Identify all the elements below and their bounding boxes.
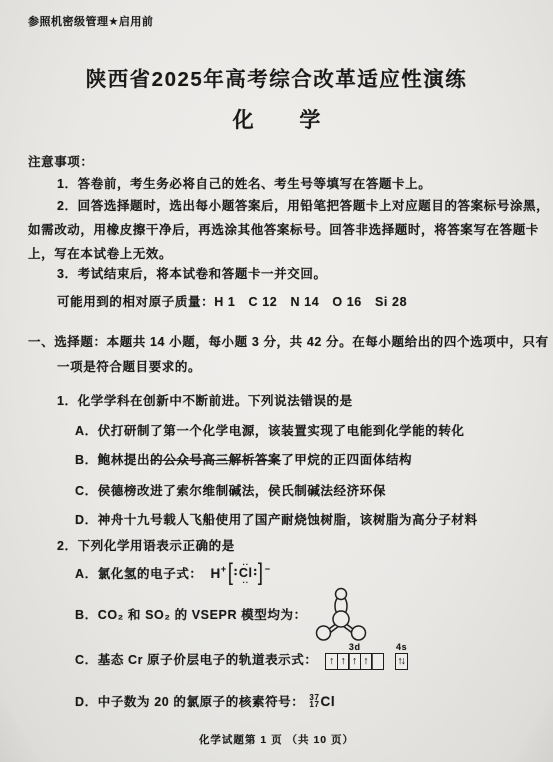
notice-item-2-line-3: 上，写在本试卷上无效。 [28,244,172,262]
vsepr-model-icon [315,586,367,642]
3d-boxes: ↑ ↑ ↑ ↑ [325,653,384,670]
option-b-suffix: 了甲烷的正四面体结构 [281,453,412,467]
4s-box: ↑↓ [395,653,408,670]
notice-item-2-line-1: 2．回答选择题时，选出每小题答案后，用铅笔把答题卡上对应题目的答案标号涂黑， [57,196,549,214]
atomic-masses-line: 可能用到的相对原子质量：H 1 C 12 N 14 O 16 Si 28 [57,292,407,310]
question-2-option-d: D．中子数为 20 的氯原子的核素符号： 37 17 Cl [75,690,335,712]
option-c-label: C．基态 Cr 原子价层电子的轨道表示式： [75,650,317,670]
bottom-lone-pair-dots: ∙∙ [243,580,249,585]
option-b-struck-watermark: 的公众号高三解析答案 [150,453,281,467]
question-1-option-b: B．鲍林提出的公众号高三解析答案了甲烷的正四面体结构 [75,450,412,468]
notice-item-3: 3．考试结束后，将本试卷和答题卡一并交回。 [57,264,327,282]
orbital-diagram: 3d ↑ ↑ ↑ ↑ 4s ↑↓ [325,642,408,670]
section-one-line-1: 一、选择题：本题共 14 小题，每小题 3 分，共 42 分。在每小题给出的四个… [28,332,549,350]
chlorine-dot-stack: ∙∙ ∶ Cl ∶ ∙∙ [233,562,258,585]
left-lone-pair-dots: ∶ [234,567,238,580]
nuclide-symbol: 37 17 Cl [309,694,335,709]
notice-heading: 注意事项： [28,152,94,170]
question-1-stem: 1．化学学科在创新中不断前进。下列说法错误的是 [57,391,353,409]
4s-orbital-group: 4s ↑↓ [395,642,408,670]
nuclide-numbers: 37 17 [309,694,319,709]
question-1-option-c: C．侯德榜改进了索尔维制碱法，侯氏制碱法经济环保 [75,481,386,499]
hydrogen-symbol: H [211,566,221,581]
3d-label: 3d [349,642,361,652]
option-b-label: B．CO₂ 和 SO₂ 的 VSEPR 模型均为： [75,605,307,623]
question-2-option-b: B．CO₂ 和 SO₂ 的 VSEPR 模型均为： [75,586,367,642]
4s-boxes: ↑↓ [395,653,408,670]
anion-charge: − [265,564,271,574]
notice-item-1: 1．答卷前，考生务必将自己的姓名、考生号等填写在答题卡上。 [57,174,431,192]
3d-orbital-group: 3d ↑ ↑ ↑ ↑ [325,642,384,670]
3d-box-5 [371,653,384,670]
question-2-option-a: A．氯化氢的电子式： H+ [ ∙∙ ∶ Cl ∶ ∙∙ ] − [75,556,271,590]
4s-label: 4s [396,642,407,652]
proton-number: 17 [309,701,319,709]
electron-dot-formula: H+ [ ∙∙ ∶ Cl ∶ ∙∙ ] − [211,562,271,585]
page-footer: 化学试题第 1 页 （共 10 页） [0,732,553,747]
question-1-option-d: D．神舟十九号载人飞船使用了国产耐烧蚀树脂，该树脂为高分子材料 [75,510,478,528]
question-2-option-c: C．基态 Cr 原子价层电子的轨道表示式： 3d ↑ ↑ ↑ ↑ 4s ↑↓ [75,640,408,670]
section-one-line-2: 一项是符合题目要求的。 [57,357,201,375]
question-1-option-a: A．伏打研制了第一个化学电源，该装置实现了电能到化学能的转化 [75,421,465,439]
right-bracket: ] [258,563,263,583]
confidential-stamp: 参照机密级管理★启用前 [28,13,153,29]
paper-title: 陕西省2025年高考综合改革适应性演练 [0,62,553,92]
exam-paper-page: 参照机密级管理★启用前 陕西省2025年高考综合改革适应性演练 化 学 注意事项… [0,0,553,762]
notice-item-2-line-2: 如需改动，用橡皮擦干净后，再选涂其他答案标号。回答非选择题时，将答案写在答题卡 [28,220,539,238]
element-symbol: Cl [321,694,336,709]
right-lone-pair-dots: ∶ [254,567,258,580]
subject-title: 化 学 [0,104,553,134]
option-a-label: A．氯化氢的电子式： [75,564,203,582]
question-2-stem: 2．下列化学用语表示正确的是 [57,536,235,554]
option-b-prefix: B．鲍林提出 [75,453,150,467]
left-bracket: [ [228,563,233,583]
option-d-label: D．中子数为 20 的氯原子的核素符号： [75,692,304,710]
hydrogen-charge: + [221,564,227,574]
